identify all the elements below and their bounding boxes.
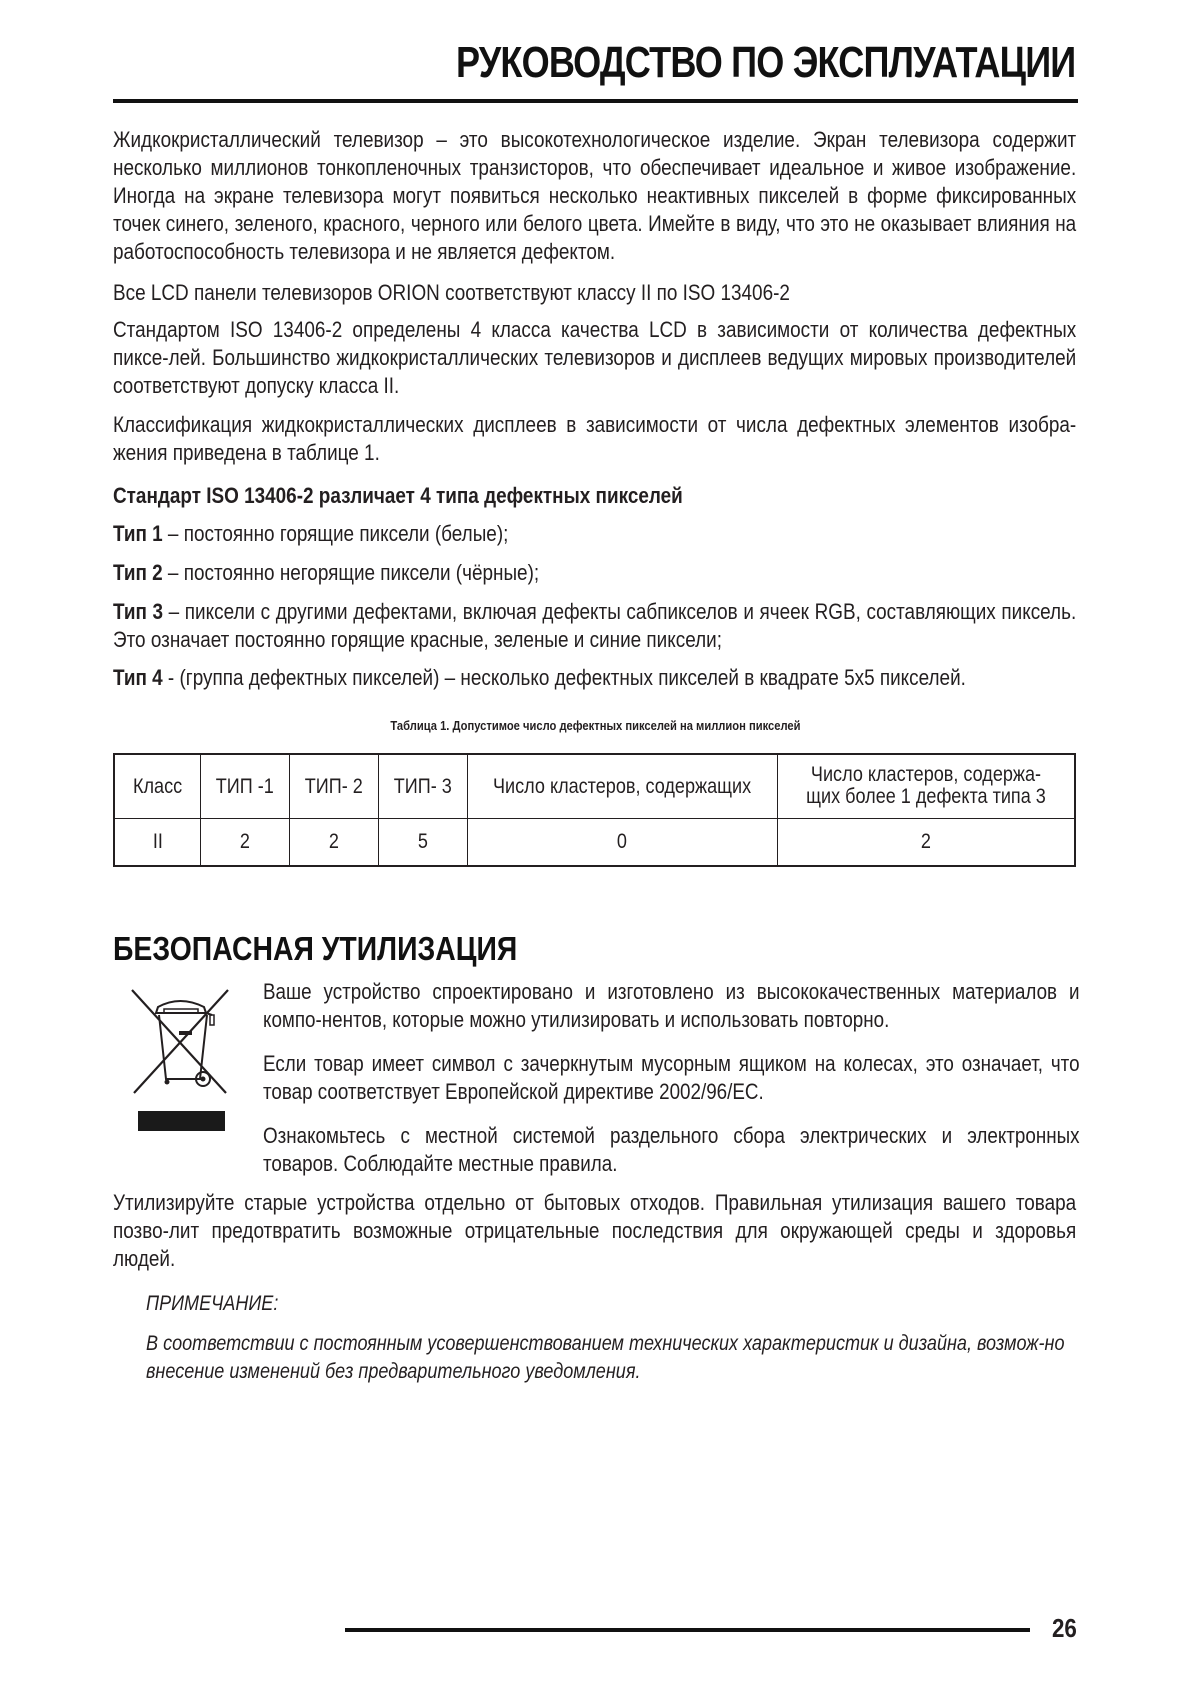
intro-paragraph-2: Все LCD панели телевизоров ORION соответ… bbox=[113, 279, 1076, 307]
disposal-paragraph-1: Ваше устройство спроектировано и изготов… bbox=[263, 978, 1080, 1034]
header-type-2: ТИП- 2 bbox=[305, 776, 363, 798]
table-caption-text: Таблица 1. Допустимое число дефектных пи… bbox=[390, 718, 800, 733]
defect-type-4: Тип 4 - (группа дефектных пикселей) – не… bbox=[113, 664, 1076, 692]
disposal-paragraph-4: Утилизируйте старые устройства отдельно … bbox=[113, 1189, 1076, 1273]
intro-paragraph-4: Классификация жидкокристаллических диспл… bbox=[113, 411, 1076, 467]
table-header-row: Класс ТИП -1 ТИП- 2 ТИП- 3 Число кластер… bbox=[114, 754, 1075, 819]
table-cell: 2 bbox=[201, 819, 290, 867]
defect-type-1: Тип 1 – постоянно горящие пиксели (белые… bbox=[113, 520, 1076, 548]
disposal-paragraph-2: Если товар имеет символ с зачеркнутым му… bbox=[263, 1050, 1080, 1106]
disposal-heading: БЕЗОПАСНАЯ УТИЛИЗАЦИЯ bbox=[113, 930, 517, 968]
table-header-cell: Число кластеров, содержащих bbox=[467, 754, 777, 819]
table-header-cell: ТИП- 3 bbox=[378, 754, 467, 819]
table-header-cell: Число кластеров, содержа-щих более 1 деф… bbox=[777, 754, 1075, 819]
cell-type-1: 2 bbox=[240, 831, 250, 853]
defect-type-2: Тип 2 – постоянно негорящие пиксели (чёр… bbox=[113, 559, 1076, 587]
header-class: Класс bbox=[133, 776, 182, 798]
table-row: II 2 2 5 0 2 bbox=[114, 819, 1075, 867]
defect-type-label: Тип 1 bbox=[113, 521, 163, 546]
defect-type-text: – постоянно негорящие пиксели (чёрные); bbox=[163, 560, 539, 585]
intro-paragraph-3: Стандартом ISO 13406-2 определены 4 клас… bbox=[113, 316, 1076, 400]
defect-type-text: – пиксели с другими дефектами, включая д… bbox=[113, 599, 1076, 652]
table-cell: 0 bbox=[467, 819, 777, 867]
cell-type-2: 2 bbox=[329, 831, 339, 853]
header-clusters-type3: Число кластеров, содержа-щих более 1 деф… bbox=[801, 764, 1050, 808]
note-label: ПРИМЕЧАНИЕ: bbox=[146, 1290, 278, 1318]
header-clusters: Число кластеров, содержащих bbox=[493, 776, 751, 798]
table-caption: Таблица 1. Допустимое число дефектных пи… bbox=[0, 718, 1190, 733]
defect-type-text: - (группа дефектных пикселей) – нескольк… bbox=[163, 665, 966, 690]
defect-type-label: Тип 3 bbox=[113, 599, 163, 624]
crossed-out-wheelie-bin-icon bbox=[128, 985, 238, 1135]
page-number: 26 bbox=[1052, 1613, 1077, 1644]
disposal-paragraph-3: Ознакомьтесь с местной системой раздельн… bbox=[263, 1122, 1080, 1178]
header-type-3: ТИП- 3 bbox=[394, 776, 452, 798]
page-title: РУКОВОДСТВО ПО ЭКСПЛУАТАЦИИ bbox=[456, 38, 1075, 88]
defect-type-3: Тип 3 – пиксели с другими дефектами, вкл… bbox=[113, 598, 1076, 654]
cell-clusters: 0 bbox=[617, 831, 627, 853]
title-divider bbox=[113, 99, 1078, 103]
defect-pixels-table: Класс ТИП -1 ТИП- 2 ТИП- 3 Число кластер… bbox=[113, 753, 1076, 867]
table-header-cell: ТИП- 2 bbox=[290, 754, 379, 819]
intro-paragraph-1: Жидкокристаллический телевизор – это выс… bbox=[113, 126, 1076, 266]
table-header-cell: ТИП -1 bbox=[201, 754, 290, 819]
table-cell: 5 bbox=[378, 819, 467, 867]
cell-clusters-type3: 2 bbox=[921, 831, 931, 853]
table-header-cell: Класс bbox=[114, 754, 201, 819]
footer-divider bbox=[345, 1628, 1030, 1632]
header-type-1: ТИП -1 bbox=[216, 776, 274, 798]
table-cell: 2 bbox=[290, 819, 379, 867]
table-cell: 2 bbox=[777, 819, 1075, 867]
defect-type-label: Тип 4 bbox=[113, 665, 163, 690]
note-text: В соответствии с постоянным усовершенств… bbox=[146, 1330, 1066, 1386]
cell-type-3: 5 bbox=[418, 831, 428, 853]
table-cell: II bbox=[114, 819, 201, 867]
cell-class: II bbox=[153, 831, 163, 853]
defect-type-label: Тип 2 bbox=[113, 560, 163, 585]
defect-types-heading: Стандарт ISO 13406-2 различает 4 типа де… bbox=[113, 482, 1076, 510]
defect-type-text: – постоянно горящие пиксели (белые); bbox=[163, 521, 509, 546]
